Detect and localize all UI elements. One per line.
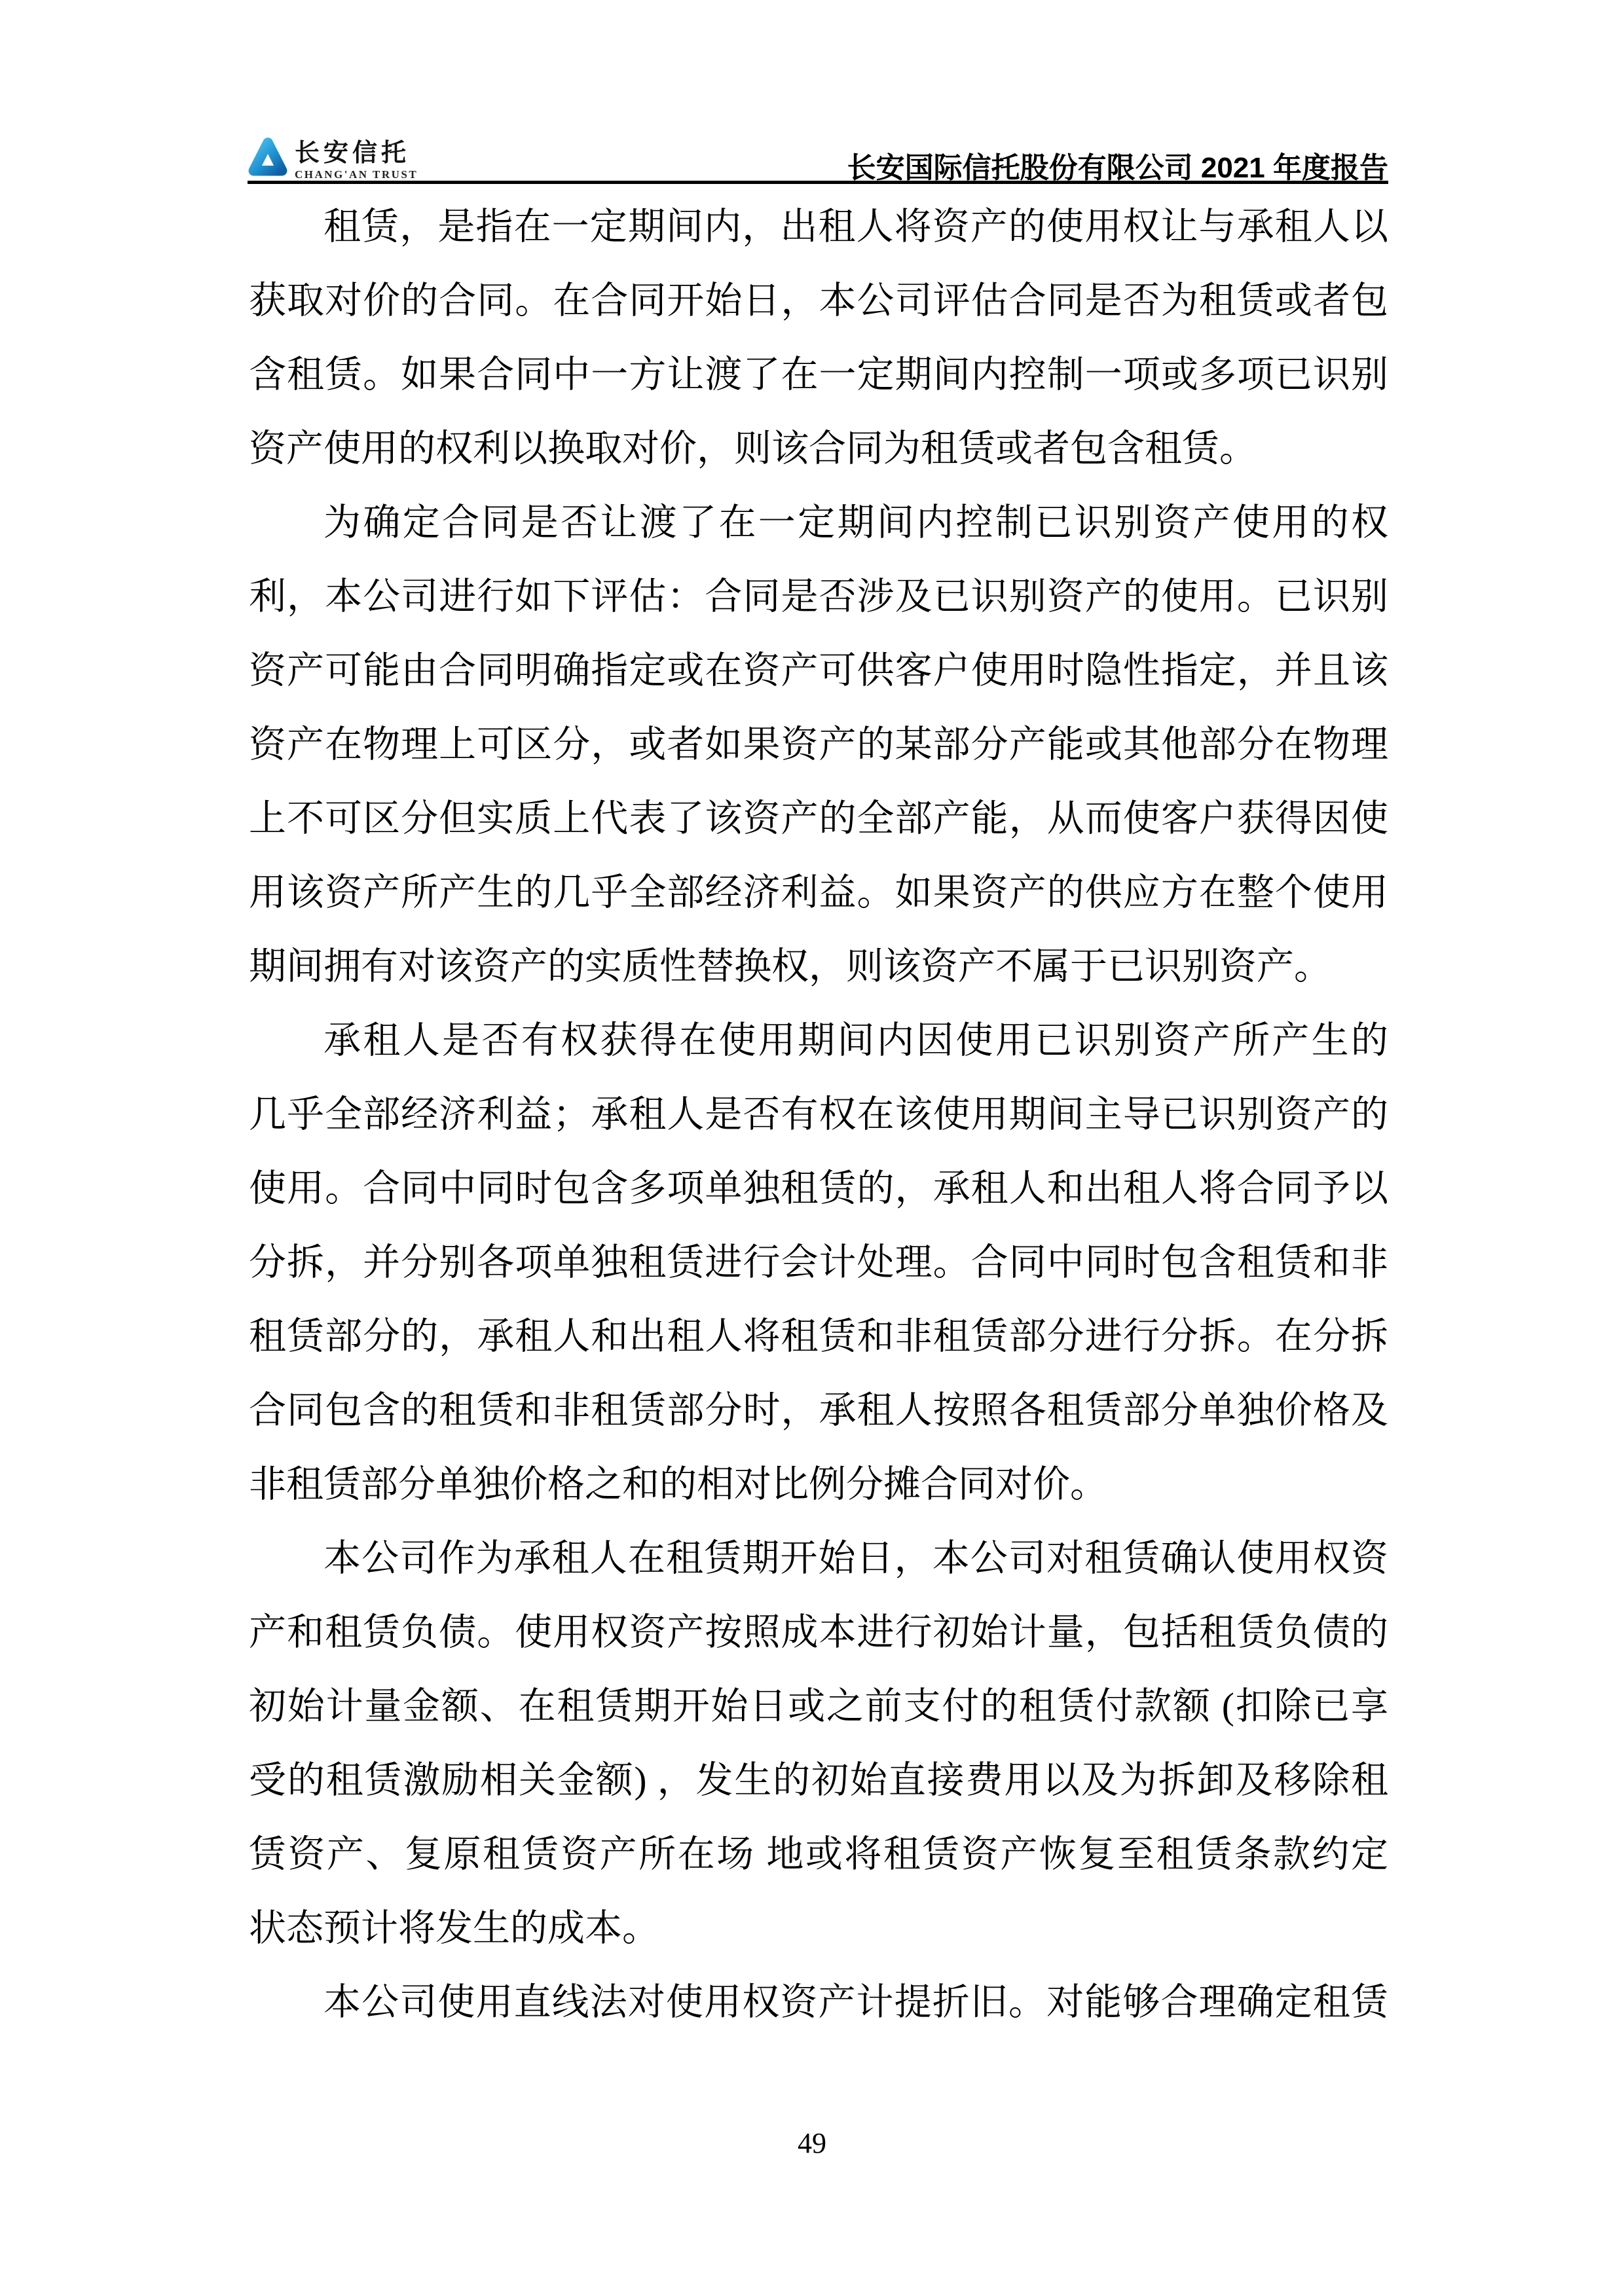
text-line: 获取对价的合同。在合同开始日，本公司评估合同是否为租赁或者包 [249,264,1388,338]
text-line: 合同包含的租赁和非租赁部分时，承租人按照各租赁部分单独价格及 [249,1374,1388,1448]
text-line: 初始计量金额、在租赁期开始日或之前支付的租赁付款额 (扣除已享 [249,1669,1388,1743]
text-line: 用该资产所产生的几乎全部经济利益。如果资产的供应方在整个使用 [249,856,1388,930]
text-line: 本公司作为承租人在租赁期开始日，本公司对租赁确认使用权资 [249,1522,1388,1595]
text-line: 资产在物理上可区分，或者如果资产的某部分产能或其他部分在物理 [249,708,1388,782]
text-line: 几乎全部经济利益；承租人是否有权在该使用期间主导已识别资产的 [249,1078,1388,1152]
text-line: 含租赁。如果合同中一方让渡了在一定期间内控制一项或多项已识别 [249,338,1388,412]
text-line: 资产可能由合同明确指定或在资产可供客户使用时隐性指定，并且该 [249,634,1388,708]
report-page: 长安信托 CHANG'AN TRUST 长安国际信托股份有限公司 2021 年度… [0,0,1624,2296]
paragraph: 承租人是否有权获得在使用期间内因使用已识别资产所产生的几乎全部经济利益；承租人是… [249,1004,1388,1522]
page-number: 49 [0,2126,1624,2160]
text-line: 产和租赁负债。使用权资产按照成本进行初始计量，包括租赁负债的 [249,1595,1388,1669]
text-line: 状态预计将发生的成本。 [249,1891,1388,1965]
header-rule [248,181,1388,184]
paragraph: 本公司作为承租人在租赁期开始日，本公司对租赁确认使用权资产和租赁负债。使用权资产… [249,1522,1388,1965]
paragraph: 为确定合同是否让渡了在一定期间内控制已识别资产使用的权利，本公司进行如下评估：合… [249,486,1388,1004]
logo-brand-en: CHANG'AN TRUST [295,168,418,181]
text-line: 上不可区分但实质上代表了该资产的全部产能，从而使客户获得因使 [249,782,1388,856]
text-line: 分拆，并分别各项单独租赁进行会计处理。合同中同时包含租赁和非 [249,1226,1388,1300]
logo-text: 长安信托 CHANG'AN TRUST [295,135,418,181]
text-line: 使用。合同中同时包含多项单独租赁的，承租人和出租人将合同予以 [249,1152,1388,1226]
text-line: 本公司使用直线法对使用权资产计提折旧。对能够合理确定租赁 [249,1965,1388,2039]
logo-brand-cn: 长安信托 [295,140,418,166]
changan-trust-logo: 长安信托 CHANG'AN TRUST [248,135,418,181]
text-line: 赁资产、复原租赁资产所在场 地或将租赁资产恢复至租赁条款约定 [249,1817,1388,1891]
text-line: 承租人是否有权获得在使用期间内因使用已识别资产所产生的 [249,1004,1388,1078]
text-line: 非租赁部分单独价格之和的相对比例分摊合同对价。 [249,1448,1388,1522]
text-line: 租赁，是指在一定期间内，出租人将资产的使用权让与承租人以 [249,190,1388,264]
text-line: 为确定合同是否让渡了在一定期间内控制已识别资产使用的权 [249,486,1388,560]
document-body: 租赁，是指在一定期间内，出租人将资产的使用权让与承租人以获取对价的合同。在合同开… [249,190,1388,2039]
text-line: 期间拥有对该资产的实质性替换权，则该资产不属于已识别资产。 [249,930,1388,1004]
triangle-logo-icon [248,135,288,178]
text-line: 利，本公司进行如下评估：合同是否涉及已识别资产的使用。已识别 [249,560,1388,634]
paragraph: 本公司使用直线法对使用权资产计提折旧。对能够合理确定租赁 [249,1965,1388,2039]
text-line: 资产使用的权利以换取对价，则该合同为租赁或者包含租赁。 [249,412,1388,486]
text-line: 受的租赁激励相关金额) ，发生的初始直接费用以及为拆卸及移除租 [249,1743,1388,1817]
report-header-title: 长安国际信托股份有限公司 2021 年度报告 [847,144,1388,186]
text-line: 租赁部分的，承租人和出租人将租赁和非租赁部分进行分拆。在分拆 [249,1300,1388,1374]
paragraph: 租赁，是指在一定期间内，出租人将资产的使用权让与承租人以获取对价的合同。在合同开… [249,190,1388,486]
